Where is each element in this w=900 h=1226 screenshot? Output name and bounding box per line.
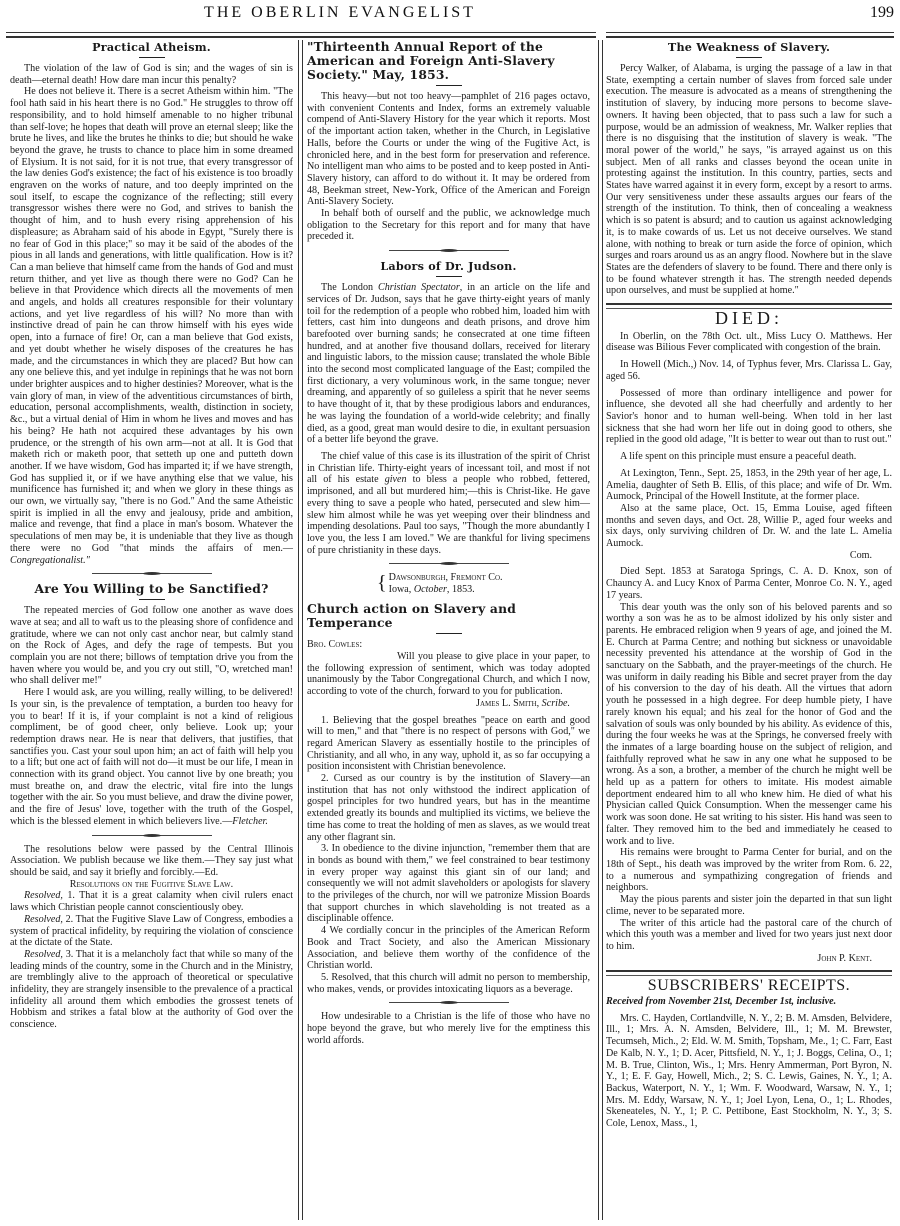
article-paragraph: The chief value of this case is its illu… xyxy=(307,451,590,556)
obituary-entry: This dear youth was the only son of his … xyxy=(606,602,892,848)
dateline-place: Dawsonburgh, Fremont Co. xyxy=(389,572,503,583)
article-paragraph: In behalf both of ourself and the public… xyxy=(307,208,590,243)
obituary-entry: His remains were brought to Parma Center… xyxy=(606,847,892,894)
dateline-year: , 1853. xyxy=(447,584,475,595)
header-rule-right xyxy=(606,32,894,38)
brace-glyph: { xyxy=(377,572,387,594)
column-1: Practical Atheism. The violation of the … xyxy=(10,40,293,1226)
obituary-entry: Possessed of more than ordinary intellig… xyxy=(606,388,892,447)
receipts-list: Mrs. C. Hayden, Cortlandville, N. Y., 2;… xyxy=(606,1013,892,1130)
resolution-item: 2. Cursed as our country is by the insti… xyxy=(307,773,590,843)
died-notices: DIED: In Oberlin, on the 78th Oct. ult.,… xyxy=(606,313,892,964)
article-title: The Weakness of Slavery. xyxy=(606,40,892,54)
title-rule xyxy=(436,633,462,634)
section-divider xyxy=(389,563,509,564)
paragraph-text: Here I would ask, are you willing, reall… xyxy=(10,687,293,827)
died-heading: DIED: xyxy=(606,313,892,325)
column-divider-1 xyxy=(298,40,303,1220)
article-paragraph: This heavy—but not too heavy—pamphlet of… xyxy=(307,91,590,208)
paragraph-text: He does not believe it. There is a secre… xyxy=(10,86,293,553)
column-3: The Weakness of Slavery. Percy Walker, o… xyxy=(606,40,892,1226)
resolutions-heading: Resolutions on the Fugitive Slave Law. xyxy=(10,879,293,891)
article-annual-report: "Thirteenth Annual Report of the America… xyxy=(307,40,590,243)
resolution-item: 5. Resolved, that this church will admit… xyxy=(307,972,590,995)
article-resolutions: The resolutions below were passed by the… xyxy=(10,844,293,1031)
obituary-entry: Died Sept. 1853 at Saratoga Springs, C. … xyxy=(606,566,892,601)
resolution-item: 3. In obedience to the divine injunction… xyxy=(307,843,590,925)
resolution-item: 1. Believing that the gospel breathes "p… xyxy=(307,715,590,774)
text: , in an article on the life and services… xyxy=(307,282,590,445)
emphasis: given xyxy=(385,474,407,485)
article-practical-atheism: Practical Atheism. The violation of the … xyxy=(10,40,293,566)
closing-note: How undesirable to a Christian is the li… xyxy=(307,1011,590,1046)
article-title: Practical Atheism. xyxy=(10,40,293,54)
resolution-item: Resolved, 1. That it is a great calamity… xyxy=(10,890,293,913)
resolved-label: Resolved, xyxy=(24,890,63,901)
masthead: THE OBERLIN EVANGELIST 199 xyxy=(0,0,900,34)
title-rule xyxy=(436,276,462,277)
column-2: "Thirteenth Annual Report of the America… xyxy=(307,40,590,1226)
section-divider xyxy=(92,835,212,836)
attribution: Fletcher. xyxy=(232,816,268,827)
section-divider xyxy=(389,1002,509,1003)
article-church-action: {Dawsonburgh, Fremont Co.Iowa, October, … xyxy=(307,572,590,995)
obituary-entry: The writer of this article had the pasto… xyxy=(606,918,892,953)
text: The London xyxy=(321,282,378,293)
salutation: Bro. Cowles: xyxy=(307,639,590,651)
obituary-entry: At Lexington, Tenn., Sept. 25, 1853, in … xyxy=(606,468,892,503)
article-sanctified: Are You Willing to be Sanctified? The re… xyxy=(10,582,293,827)
title-rule xyxy=(436,85,462,86)
dateline-month: October xyxy=(414,584,447,595)
dateline-state: Iowa, xyxy=(389,584,414,595)
obituary-entry: A life spent on this principle must ensu… xyxy=(606,451,892,463)
header-rule-left xyxy=(6,32,596,38)
article-paragraph: The violation of the law of God is sin; … xyxy=(10,63,293,86)
dateline: {Dawsonburgh, Fremont Co.Iowa, October, … xyxy=(377,572,590,596)
obituary-entry: May the pious parents and sister join th… xyxy=(606,894,892,917)
resolution-text: 3. That it is a melancholy fact that whi… xyxy=(10,949,293,1030)
resolved-label: Resolved, xyxy=(24,949,63,960)
resolution-item: Resolved, 2. That the Fugitive Slave Law… xyxy=(10,914,293,949)
resolution-item: Resolved, 3. That it is a melancholy fac… xyxy=(10,949,293,1031)
section-rule xyxy=(606,970,892,976)
article-weakness-of-slavery: The Weakness of Slavery. Percy Walker, o… xyxy=(606,40,892,297)
letter-body: Will you please to give place in your pa… xyxy=(307,651,590,698)
signature-name: James L. Smith, xyxy=(476,698,539,709)
receipts-subtitle: Received from November 21st, December 1s… xyxy=(606,996,892,1008)
obituary-entry: In Howell (Mich.,) Nov. 14, of Typhus fe… xyxy=(606,359,892,382)
article-paragraph: He does not believe it. There is a secre… xyxy=(10,86,293,566)
obituary-signature: John P. Kent. xyxy=(606,953,872,965)
title-rule xyxy=(736,57,762,58)
article-title: Are You Willing to be Sanctified? xyxy=(10,582,293,596)
subscribers-receipts: SUBSCRIBERS' RECEIPTS. Received from Nov… xyxy=(606,980,892,1129)
receipts-heading: SUBSCRIBERS' RECEIPTS. xyxy=(606,980,892,992)
text: to bless a people who robbed, fettered, … xyxy=(307,474,590,555)
article-title: Labors of Dr. Judson. xyxy=(307,259,590,273)
newspaper-title: THE OBERLIN EVANGELIST xyxy=(0,4,680,22)
article-paragraph: The London Christian Spectator, in an ar… xyxy=(307,282,590,446)
obituary-entry: In Oberlin, on the 78th Oct. ult., Miss … xyxy=(606,331,892,354)
resolution-item: 4 We cordially concur in the principles … xyxy=(307,925,590,972)
article-title: "Thirteenth Annual Report of the America… xyxy=(307,40,590,82)
com-label: Com. xyxy=(606,550,872,562)
publication-name: Christian Spectator xyxy=(378,282,460,293)
article-paragraph: Percy Walker, of Alabama, is urging the … xyxy=(606,63,892,297)
dateline-lines: Dawsonburgh, Fremont Co.Iowa, October, 1… xyxy=(389,572,503,596)
column-divider-2 xyxy=(598,40,603,1220)
article-paragraph: The repeated mercies of God follow one a… xyxy=(10,605,293,687)
section-divider xyxy=(92,573,212,574)
title-rule xyxy=(139,57,165,58)
signature: James L. Smith, Scribe. xyxy=(307,698,570,710)
title-rule xyxy=(139,599,165,600)
section-divider xyxy=(389,250,509,251)
signature-role: Scribe. xyxy=(539,698,570,709)
article-paragraph: Here I would ask, are you willing, reall… xyxy=(10,687,293,827)
editor-note: The resolutions below were passed by the… xyxy=(10,844,293,879)
resolved-label: Resolved, xyxy=(24,914,63,925)
page-number: 199 xyxy=(870,4,894,22)
obituary-entry: Also at the same place, Oct. 15, Emma Lo… xyxy=(606,503,892,550)
article-title: Church action on Slavery and Temperance xyxy=(307,602,590,630)
attribution: Congregationalist." xyxy=(10,555,90,566)
article-judson: Labors of Dr. Judson. The London Christi… xyxy=(307,259,590,556)
